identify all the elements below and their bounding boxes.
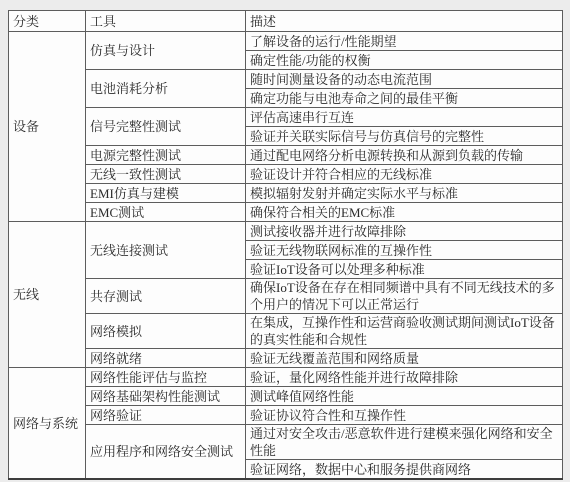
description-cell: 通过对安全攻击/恶意软件进行建模来强化网络和安全性能 — [246, 425, 563, 460]
description-cell: 了解设备的运行/性能期望 — [246, 32, 563, 51]
table-row: 电池消耗分析随时间测量设备的动态电流范围 — [9, 70, 563, 89]
description-cell: 测试接收器并进行故障排除 — [246, 222, 563, 241]
description-cell: 验证，量化网络性能并进行故障排除 — [246, 368, 563, 387]
column-header-category: 分类 — [9, 11, 86, 32]
tool-cell: 电源完整性测试 — [86, 146, 246, 165]
table-row: 网络基础架构性能测试测试峰值网络性能 — [9, 387, 563, 406]
table-row: 网络与系统网络性能评估与监控验证，量化网络性能并进行故障排除 — [9, 368, 563, 387]
description-cell: 验证并关联实际信号与仿真信号的完整性 — [246, 127, 563, 146]
tool-cell: 应用程序和网络安全测试 — [86, 425, 246, 480]
description-cell: 模拟辐射发射并确定实际水平与标准 — [246, 184, 563, 203]
tool-cell: 信号完整性测试 — [86, 108, 246, 146]
table-row: EMI仿真与建模模拟辐射发射并确定实际水平与标准 — [9, 184, 563, 203]
tool-cell: 无线连接测试 — [86, 222, 246, 279]
tool-cell: 网络验证 — [86, 406, 246, 425]
description-cell: 确保符合相关的EMC标准 — [246, 203, 563, 222]
table-row: 网络验证验证协议符合性和互操作性 — [9, 406, 563, 425]
tools-table: 分类 工具 描述 设备仿真与设计了解设备的运行/性能期望确定性能/功能的权衡电池… — [8, 10, 563, 480]
description-cell: 确定性能/功能的权衡 — [246, 51, 563, 70]
table-row: 无线无线连接测试测试接收器并进行故障排除 — [9, 222, 563, 241]
description-cell: 验证设计并符合相应的无线标准 — [246, 165, 563, 184]
description-cell: 验证无线覆盖范围和网络质量 — [246, 349, 563, 368]
description-cell: 验证网络，数据中心和服务提供商网络 — [246, 460, 563, 480]
category-cell: 设备 — [9, 32, 86, 222]
table-row: 共存测试确保IoT设备在存在相同频谱中具有不同无线技术的多个用户的情况下可以正常… — [9, 279, 563, 314]
tool-cell: EMI仿真与建模 — [86, 184, 246, 203]
category-cell: 网络与系统 — [9, 368, 86, 480]
description-cell: 评估高速串行互连 — [246, 108, 563, 127]
table-row: 无线一致性测试验证设计并符合相应的无线标准 — [9, 165, 563, 184]
description-cell: 验证无线物联网标准的互操作性 — [246, 241, 563, 260]
tool-cell: 网络模拟 — [86, 314, 246, 349]
description-cell: 验证协议符合性和互操作性 — [246, 406, 563, 425]
description-cell: 确保IoT设备在存在相同频谱中具有不同无线技术的多个用户的情况下可以正常运行 — [246, 279, 563, 314]
tool-cell: 仿真与设计 — [86, 32, 246, 70]
page: 分类 工具 描述 设备仿真与设计了解设备的运行/性能期望确定性能/功能的权衡电池… — [0, 0, 570, 482]
tool-cell: 网络性能评估与监控 — [86, 368, 246, 387]
description-cell: 在集成，互操作性和运营商验收测试期间测试IoT设备的真实性能和合规性 — [246, 314, 563, 349]
description-cell: 验证IoT设备可以处理多种标准 — [246, 260, 563, 279]
category-cell: 无线 — [9, 222, 86, 368]
table-row: 信号完整性测试评估高速串行互连 — [9, 108, 563, 127]
description-cell: 随时间测量设备的动态电流范围 — [246, 70, 563, 89]
column-header-description: 描述 — [246, 11, 563, 32]
tool-cell: 无线一致性测试 — [86, 165, 246, 184]
tool-cell: 共存测试 — [86, 279, 246, 314]
table-row: EMC测试确保符合相关的EMC标准 — [9, 203, 563, 222]
table-row: 网络就绪验证无线覆盖范围和网络质量 — [9, 349, 563, 368]
tool-cell: 电池消耗分析 — [86, 70, 246, 108]
tool-cell: 网络基础架构性能测试 — [86, 387, 246, 406]
table-row: 应用程序和网络安全测试通过对安全攻击/恶意软件进行建模来强化网络和安全性能 — [9, 425, 563, 460]
table-row: 电源完整性测试通过配电网络分析电源转换和从源到负载的传输 — [9, 146, 563, 165]
description-cell: 测试峰值网络性能 — [246, 387, 563, 406]
table-header-row: 分类 工具 描述 — [9, 11, 563, 32]
tool-cell: EMC测试 — [86, 203, 246, 222]
table-row: 网络模拟在集成，互操作性和运营商验收测试期间测试IoT设备的真实性能和合规性 — [9, 314, 563, 349]
tool-cell: 网络就绪 — [86, 349, 246, 368]
description-cell: 确定功能与电池寿命之间的最佳平衡 — [246, 89, 563, 108]
description-cell: 通过配电网络分析电源转换和从源到负载的传输 — [246, 146, 563, 165]
column-header-tool: 工具 — [86, 11, 246, 32]
table-row: 设备仿真与设计了解设备的运行/性能期望 — [9, 32, 563, 51]
